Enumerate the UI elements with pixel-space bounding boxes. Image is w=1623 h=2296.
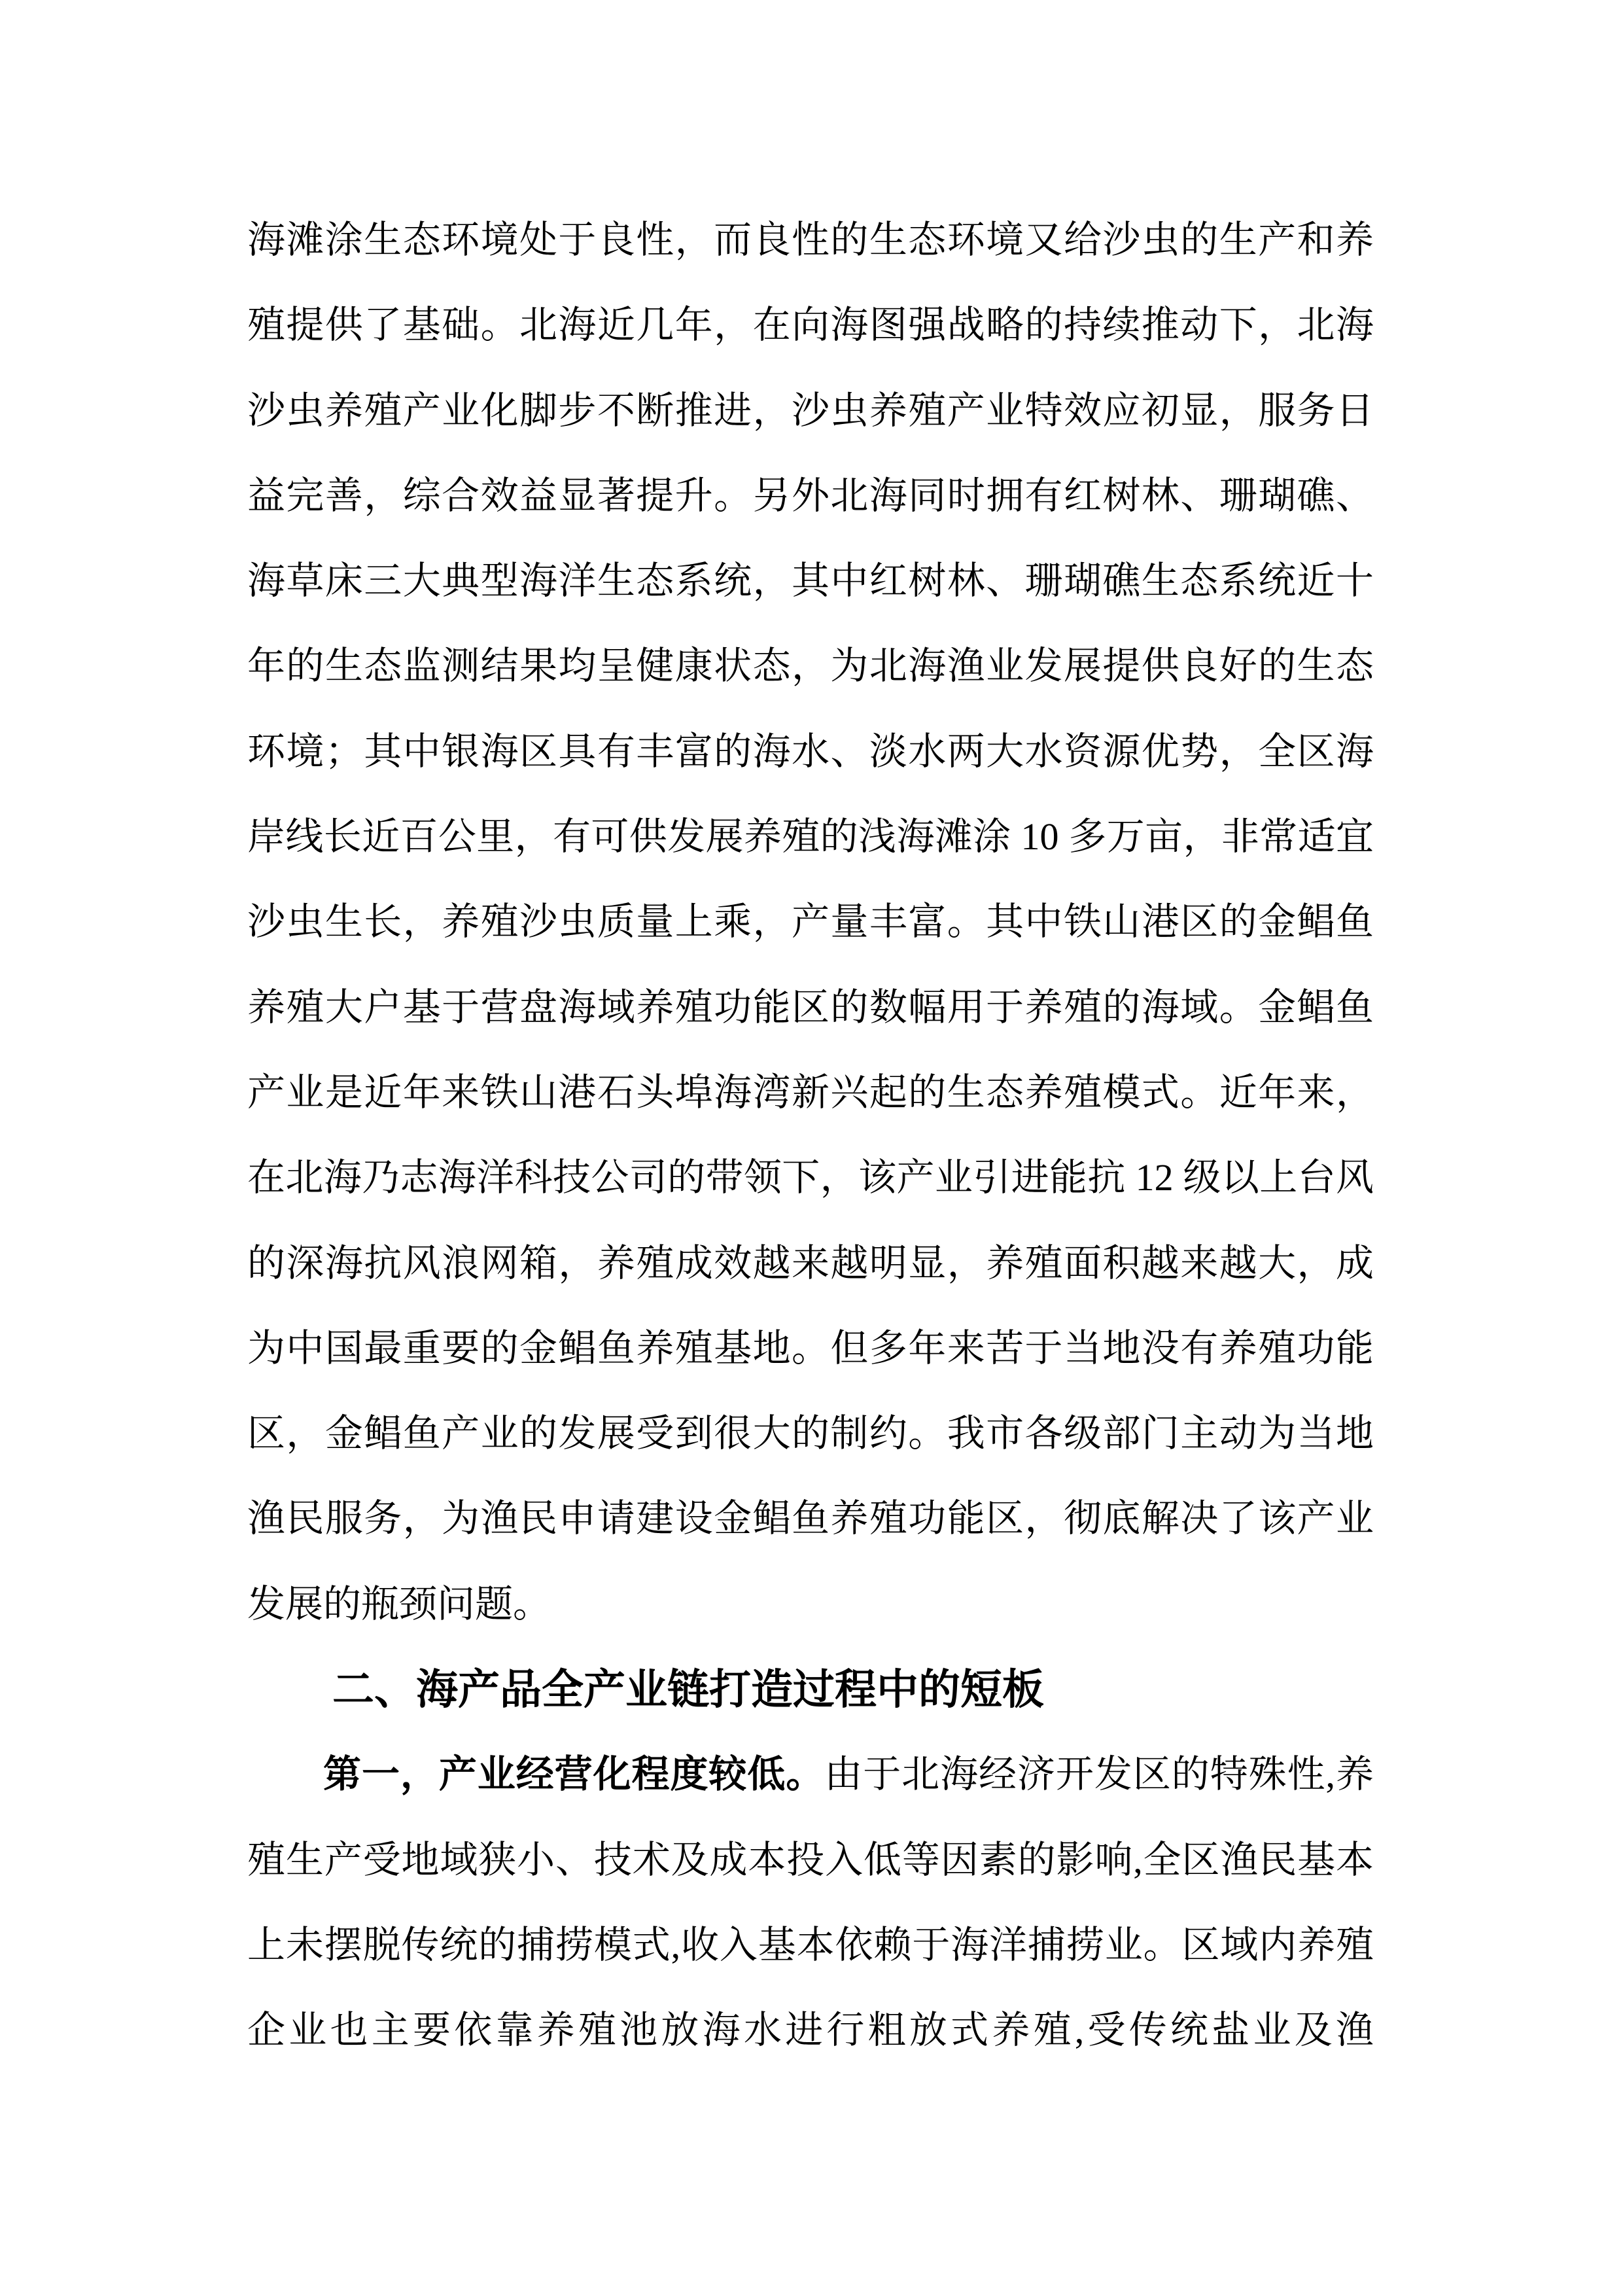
paragraph-line: 的深海抗风浪网箱，养殖成效越来越明显，养殖面积越来越大，成 [247,1221,1374,1306]
paragraph-line: 产业是近年来铁山港石头埠海湾新兴起的生态养殖模式。近年来， [247,1050,1374,1135]
paragraph-line: 海草床三大典型海洋生态系统，其中红树林、珊瑚礁生态系统近十 [247,539,1374,624]
paragraph-line: 在北海乃志海洋科技公司的带领下，该产业引进能抗 12 级以上台风 [247,1135,1374,1220]
paragraph-line: 为中国最重要的金鲳鱼养殖基地。但多年来苦于当地没有养殖功能 [247,1306,1374,1391]
paragraph-line: 殖提供了基础。北海近几年，在向海图强战略的持续推动下，北海 [247,283,1374,368]
paragraph-line: 殖生产受地域狭小、技术及成本投入低等因素的影响,全区渔民基本 [247,1818,1374,1903]
paragraph-line: 沙虫生长，养殖沙虫质量上乘，产量丰富。其中铁山港区的金鲳鱼 [247,879,1374,964]
paragraph-line: 益完善，综合效益显著提升。另外北海同时拥有红树林、珊瑚礁、 [247,453,1374,539]
point-lead-bold: 第一，产业经营化程度较低。 [323,1753,824,1795]
paragraph-line: 企业也主要依靠养殖池放海水进行粗放式养殖,受传统盐业及渔业“一 [247,1988,1374,2073]
paragraph-line-with-lead: 第一，产业经营化程度较低。由于北海经济开发区的特殊性,养 [247,1732,1374,1817]
paragraph-line: 环境；其中银海区具有丰富的海水、淡水两大水资源优势，全区海 [247,709,1374,794]
paragraph-line: 岸线长近百公里，有可供发展养殖的浅海滩涂 10 多万亩，非常适宜 [247,794,1374,879]
point-lead-text: 由于北海经济开发区的特殊性,养 [824,1753,1374,1795]
paragraph-line: 年的生态监测结果均呈健康状态，为北海渔业发展提供良好的生态 [247,624,1374,709]
paragraph-last-line: 发展的瓶颈问题。 [247,1562,1374,1647]
paragraph-line: 海滩涂生态环境处于良性，而良性的生态环境又给沙虫的生产和养 [247,198,1374,283]
paragraph-line: 区，金鲳鱼产业的发展受到很大的制约。我市各级部门主动为当地 [247,1391,1374,1476]
paragraph-line: 养殖大户基于营盘海域养殖功能区的数幅用于养殖的海域。金鲳鱼 [247,965,1374,1050]
document-page: 海滩涂生态环境处于良性，而良性的生态环境又给沙虫的生产和养 殖提供了基础。北海近… [0,0,1623,2296]
paragraph-line: 沙虫养殖产业化脚步不断推进，沙虫养殖产业特效应初显，服务日 [247,368,1374,453]
paragraph-line: 渔民服务，为渔民申请建设金鲳鱼养殖功能区，彻底解决了该产业 [247,1476,1374,1561]
paragraph-line: 上未摆脱传统的捕捞模式,收入基本依赖于海洋捕捞业。区域内养殖 [247,1903,1374,1988]
document-text-block: 海滩涂生态环境处于良性，而良性的生态环境又给沙虫的生产和养 殖提供了基础。北海近… [247,198,1374,2074]
section-heading: 二、海产品全产业链打造过程中的短板 [247,1647,1374,1732]
